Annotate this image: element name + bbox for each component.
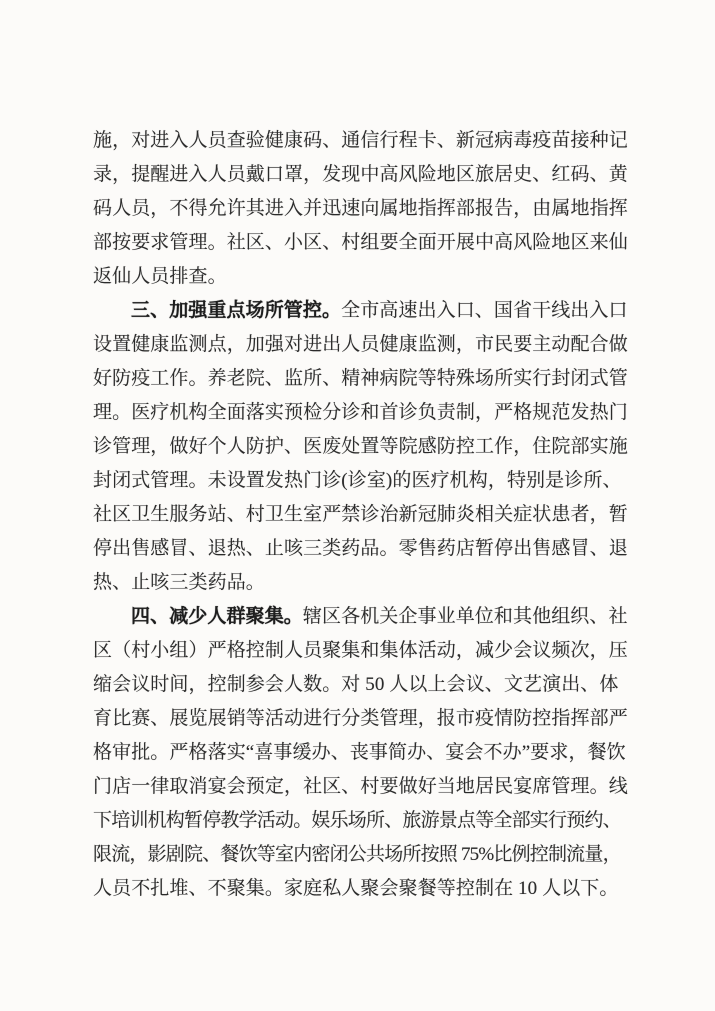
- body-line: 育比赛、展览展销等活动进行分类管理，报市疫情防控指挥部严: [93, 702, 629, 736]
- section-three-heading: 三、加强重点场所管控。: [131, 300, 341, 321]
- body-line: 社区卫生服务站、村卫生室严禁诊治新冠肺炎相关症状患者，暂: [93, 498, 629, 532]
- body-line: 格审批。严格落实“喜事缓办、丧事简办、宴会不办”要求，餐饮: [93, 736, 629, 770]
- body-line: 设置健康监测点，加强对进出人员健康监测，市民要主动配合做: [93, 328, 629, 362]
- body-line: 诊管理，做好个人防护、医废处置等院感防控工作，住院部实施: [93, 430, 629, 464]
- body-line: 施，对进入人员查验健康码、通信行程卡、新冠病毒疫苗接种记: [93, 124, 629, 158]
- section-four-heading-rest: 辖区各机关企事业单位和其他组织、社: [303, 606, 628, 627]
- body-line: 热、止咳三类药品。: [93, 566, 629, 600]
- section-three-first-line: 三、加强重点场所管控。全市高速出入口、国省干线出入口: [93, 294, 629, 328]
- body-line: 下培训机构暂停教学活动。娱乐场所、旅游景点等全部实行预约、: [93, 804, 629, 838]
- document-body: 施，对进入人员查验健康码、通信行程卡、新冠病毒疫苗接种记 录，提醒进入人员戴口罩…: [93, 124, 629, 906]
- body-line: 人员不扎堆、不聚集。家庭私人聚会聚餐等控制在 10 人以下。: [93, 872, 629, 906]
- section-three-heading-rest: 全市高速出入口、国省干线出入口: [341, 300, 628, 321]
- body-line: 停出售感冒、退热、止咳三类药品。零售药店暂停出售感冒、退: [93, 532, 629, 566]
- body-line: 缩会议时间，控制参会人数。对 50 人以上会议、文艺演出、体: [93, 668, 629, 702]
- body-line: 返仙人员排查。: [93, 260, 629, 294]
- scanned-document-page: 施，对进入人员查验健康码、通信行程卡、新冠病毒疫苗接种记 录，提醒进入人员戴口罩…: [0, 0, 715, 1011]
- body-line: 门店一律取消宴会预定，社区、村要做好当地居民宴席管理。线: [93, 770, 629, 804]
- body-line: 理。医疗机构全面落实预检分诊和首诊负责制，严格规范发热门: [93, 396, 629, 430]
- body-line: 好防疫工作。养老院、监所、精神病院等特殊场所实行封闭式管: [93, 362, 629, 396]
- section-four-heading: 四、减少人群聚集。: [131, 606, 303, 627]
- body-line: 封闭式管理。未设置发热门诊(诊室)的医疗机构，特别是诊所、: [93, 464, 629, 498]
- body-line: 区（村小组）严格控制人员聚集和集体活动，减少会议频次，压: [93, 634, 629, 668]
- body-line: 码人员，不得允许其进入并迅速向属地指挥部报告，由属地指挥: [93, 192, 629, 226]
- body-line: 限流，影剧院、餐饮等室内密闭公共场所按照 75%比例控制流量，: [93, 838, 629, 872]
- section-four-first-line: 四、减少人群聚集。辖区各机关企事业单位和其他组织、社: [93, 600, 629, 634]
- body-line: 部按要求管理。社区、小区、村组要全面开展中高风险地区来仙: [93, 226, 629, 260]
- body-line: 录，提醒进入人员戴口罩，发现中高风险地区旅居史、红码、黄: [93, 158, 629, 192]
